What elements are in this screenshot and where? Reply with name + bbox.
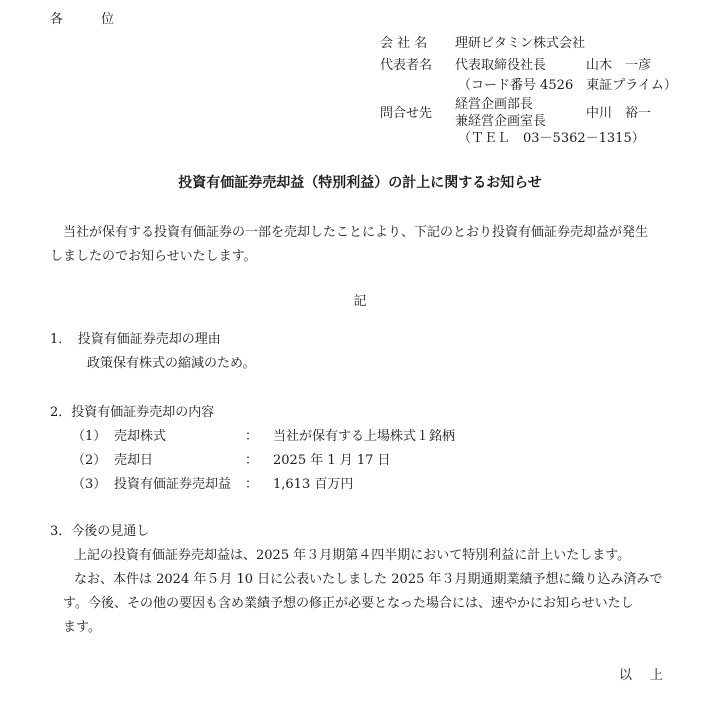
- contact-label: 問合せ先: [380, 102, 432, 121]
- item-number: （3）: [72, 473, 106, 492]
- intro-line-1: 当社が保有する投資有価証券の一部を売却したことにより、下記のとおり投資有価証券売…: [63, 221, 648, 240]
- representative-title: 代表取締役社長: [455, 54, 546, 73]
- company-label: 会 社 名: [380, 32, 427, 51]
- item-number: （1）: [72, 425, 106, 444]
- item-value: 1,613 百万円: [273, 473, 353, 492]
- stock-code-line: （コード番号 4526 東証プライム）: [458, 74, 677, 93]
- addressee-char-1: 各: [50, 8, 63, 27]
- item-label: 売却株式: [114, 425, 166, 444]
- section-3-body-2-line-3: ます。: [63, 616, 101, 635]
- representative-label: 代表者名: [380, 54, 432, 73]
- item-value: 2025 年 1 月 17 日: [273, 449, 391, 468]
- item-value: 当社が保有する上場株式１銘柄: [273, 425, 455, 444]
- item-colon: ：: [245, 449, 258, 468]
- company-name: 理研ビタミン株式会社: [455, 32, 585, 51]
- addressee: 各位: [50, 8, 114, 27]
- item-label: 投資有価証券売却益: [114, 473, 231, 492]
- ki-marker: 記: [0, 290, 720, 309]
- item-label: 売却日: [114, 449, 153, 468]
- intro-line-2: しましたのでお知らせいたします。: [50, 245, 257, 264]
- representative-name: 山木 一彦: [586, 54, 651, 73]
- section-1-body: 政策保有株式の縮減のため。: [87, 352, 255, 371]
- closing-mark: 以上: [619, 664, 663, 683]
- addressee-char-2: 位: [101, 8, 114, 27]
- section-3-body-2-line-2: す。今後、その他の要因も含め業績予想の修正が必要となった場合には、速やかにお知ら…: [63, 592, 634, 611]
- document-title: 投資有価証券売却益（特別利益）の計上に関するお知らせ: [0, 172, 720, 192]
- item-number: （2）: [72, 449, 106, 468]
- section-3-body-2-line-1: なお、本件は 2024 年５月 10 日に公表いたしました 2025 年３月期通…: [74, 568, 663, 587]
- section-3-body-1: 上記の投資有価証券売却益は、2025 年３月期第４四半期において特別利益に計上い…: [74, 544, 630, 563]
- section-1-heading: 1． 投資有価証券売却の理由: [50, 328, 221, 347]
- telephone-line: （ＴＥＬ 03－5362－1315）: [458, 127, 645, 146]
- item-colon: ：: [245, 473, 258, 492]
- section-3-heading: 3．今後の見通し: [50, 520, 149, 539]
- closing-char-2: 上: [650, 664, 663, 683]
- item-colon: ：: [245, 425, 258, 444]
- contact-name: 中川 裕一: [586, 102, 651, 121]
- section-2-heading: 2．投資有価証券売却の内容: [50, 401, 214, 420]
- closing-char-1: 以: [619, 664, 632, 683]
